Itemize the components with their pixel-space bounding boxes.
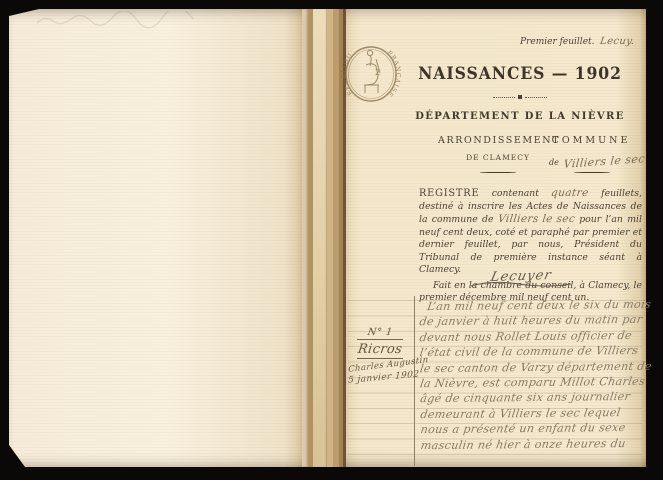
- page-title: NAISSANCES — 1902: [414, 64, 626, 84]
- book-binding: [302, 9, 346, 467]
- ink-bleed-through: [33, 11, 213, 31]
- page-corner-shadow: [9, 445, 25, 467]
- page-edge-strip: [302, 9, 309, 467]
- arrondissement-block: ARRONDISSEMENT DE CLAMECY: [438, 135, 558, 162]
- president-signature: Lecuyer: [461, 265, 581, 290]
- stamp-value: 2: [375, 68, 380, 77]
- right-page-act: RÉPUBLIQUE FRANÇAISE 2 Premier feuillet.…: [346, 9, 646, 467]
- binding-tape: [313, 9, 327, 467]
- title-ornament: [405, 95, 635, 99]
- arrondissement-value: DE CLAMECY: [438, 153, 558, 162]
- commune-name-row: de Villiers le sec: [549, 150, 663, 169]
- arrondissement-label: ARRONDISSEMENT: [438, 135, 558, 146]
- margin-rule: [414, 296, 415, 466]
- rule-under-arrondissement: [480, 172, 516, 173]
- commune-label: COMMUNE: [541, 135, 641, 146]
- act-surname: Ricros: [347, 342, 413, 357]
- commune-block: COMMUNE: [541, 135, 641, 146]
- registre-seg-contenant: contenant: [492, 188, 539, 199]
- ornament-diamond: [518, 95, 522, 99]
- handwritten-feuillets-count: quatre: [550, 187, 589, 200]
- act-handwritten-text: L’an mil neuf cent deux le six du mois d…: [419, 297, 647, 453]
- commune-particle: de: [549, 158, 559, 167]
- act-line: l’état civil de la commune de Villiers: [419, 343, 647, 361]
- handwritten-commune-name: Villiers le sec: [497, 213, 576, 226]
- commune-name-handwritten: Villiers le sec: [563, 152, 646, 171]
- rule-under-commune: [574, 172, 610, 173]
- act-margin-note: N° 1 Ricros Charles Augustin 5 janvier 1…: [348, 327, 412, 383]
- act-number: N° 1: [347, 327, 413, 338]
- registre-word: Registre: [419, 188, 479, 199]
- premier-feuillet-label: Premier feuillet.: [520, 37, 594, 47]
- ornament-line: [493, 97, 515, 98]
- handwritten-paraph: Lecuy.: [599, 36, 635, 47]
- republique-francaise-stamp: RÉPUBLIQUE FRANÇAISE 2: [341, 41, 403, 107]
- department-heading: DÉPARTEMENT DE LA NIÈVRE: [405, 111, 635, 122]
- scanned-register-photo: RÉPUBLIQUE FRANÇAISE 2 Premier feuillet.…: [0, 0, 663, 480]
- left-page-blank: [9, 9, 302, 467]
- signature-name: Lecuyer: [489, 268, 553, 285]
- page-corner-shadow: [9, 9, 39, 16]
- registre-paragraph: Registre contenant quatre feuillets, des…: [419, 187, 642, 277]
- premier-feuillet-note: Premier feuillet. Lecuy.: [520, 36, 634, 47]
- margin-underline: [357, 339, 403, 340]
- act-line: masculin né hier à onze heures du: [420, 435, 648, 453]
- ornament-line: [525, 97, 547, 98]
